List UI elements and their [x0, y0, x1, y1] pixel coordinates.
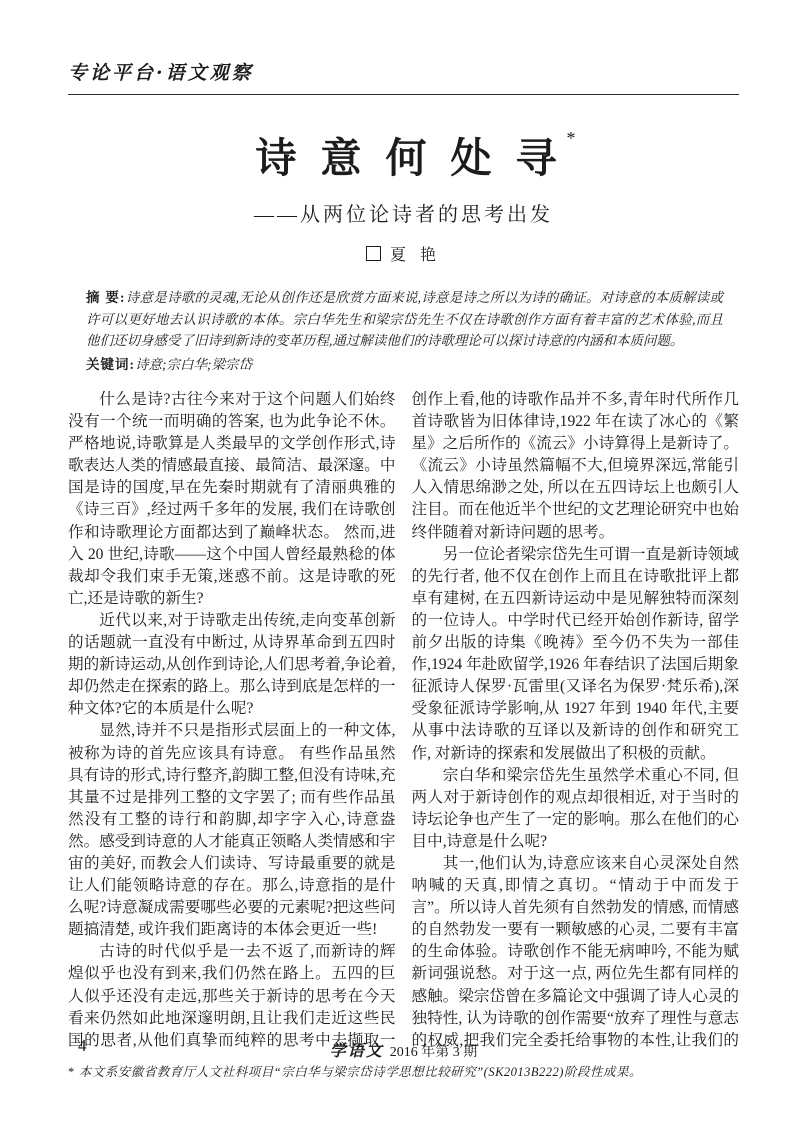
keywords-text: 诗意;宗白华;梁宗岱 — [135, 357, 252, 372]
running-head: 专论平台·语文观察 — [68, 58, 739, 95]
article-title: 诗意何处寻 — [256, 134, 581, 182]
paragraph-continuation: 创作上看,他的诗歌作品并不多,青年时代所作几首诗歌皆为旧体律诗,1922 年在读… — [412, 389, 740, 544]
right-column: 创作上看,他的诗歌作品并不多,青年时代所作几首诗歌皆为旧体律诗,1922 年在读… — [412, 389, 740, 1053]
body-columns: 什么是诗?古往今来对于这个问题人们始终没有一个统一而明确的答案, 也为此争论不休… — [68, 389, 739, 1053]
footnote-text: 本文系安徽省教育厅人文社科项目“宗白华与梁宗岱诗学思想比较研究”(SK2013B… — [79, 1065, 642, 1079]
page-content: 专论平台·语文观察 诗意何处寻* ——从两位论诗者的思考出发 夏 艳 摘 要:诗… — [68, 58, 739, 1080]
keywords: 关键词:诗意;宗白华;梁宗岱 — [86, 354, 723, 376]
article-title-row: 诗意何处寻* — [68, 125, 739, 184]
paragraph: 什么是诗?古往今来对于这个问题人们始终没有一个统一而明确的答案, 也为此争论不休… — [68, 389, 396, 610]
paragraph: 其一,他们认为,诗意应该来自心灵深处自然呐喊的天真,即情之真切。“情动于中而发于… — [412, 853, 740, 1053]
left-column: 什么是诗?古往今来对于这个问题人们始终没有一个统一而明确的答案, 也为此争论不休… — [68, 389, 396, 1053]
author-name: 夏 艳 — [390, 247, 441, 264]
paragraph: 显然,诗并不只是指形式层面上的一种文体,被称为诗的首先应该具有诗意。 有些作品虽… — [68, 720, 396, 941]
title-footnote-mark: * — [567, 128, 576, 148]
abstract-text: 诗意是诗歌的灵魂,无论从创作还是欣赏方面来说,诗意是诗之所以为诗的确证。对诗意的… — [86, 290, 723, 348]
running-head-label: 专论平台·语文观察 — [68, 62, 254, 84]
article-subtitle: ——从两位论诗者的思考出发 — [68, 198, 739, 227]
abstract: 摘 要:诗意是诗歌的灵魂,无论从创作还是欣赏方面来说,诗意是诗之所以为诗的确证。… — [86, 287, 723, 352]
author-square-icon — [366, 246, 381, 261]
footnote: *本文系安徽省教育厅人文社科项目“宗白华与梁宗岱诗学思想比较研究”(SK2013… — [68, 1062, 739, 1080]
journal-issue: 2016 年第 3 期 — [390, 1045, 478, 1060]
footnote-mark: * — [68, 1065, 75, 1079]
abstract-label: 摘 要: — [86, 290, 126, 305]
paragraph: 宗白华和梁宗岱先生虽然学术重心不同, 但两人对于新诗创作的观点却很相近, 对于当… — [412, 765, 740, 853]
page-footer: 4 学语文2016 年第 3 期 — [0, 1036, 807, 1060]
journal-page: 专论平台·语文观察 诗意何处寻* ——从两位论诗者的思考出发 夏 艳 摘 要:诗… — [0, 0, 807, 1122]
paragraph: 另一位论者梁宗岱先生可谓一直是新诗领域的先行者, 他不仅在创作上而且在诗歌批评上… — [412, 544, 740, 765]
journal-name: 学语文 — [330, 1043, 384, 1060]
journal-line: 学语文2016 年第 3 期 — [0, 1038, 807, 1061]
keywords-label: 关键词: — [86, 357, 135, 372]
author-row: 夏 艳 — [68, 242, 739, 265]
paragraph: 近代以来,对于诗歌走出传统,走向变革创新的话题就一直没有中断过, 从诗界革命到五… — [68, 610, 396, 720]
